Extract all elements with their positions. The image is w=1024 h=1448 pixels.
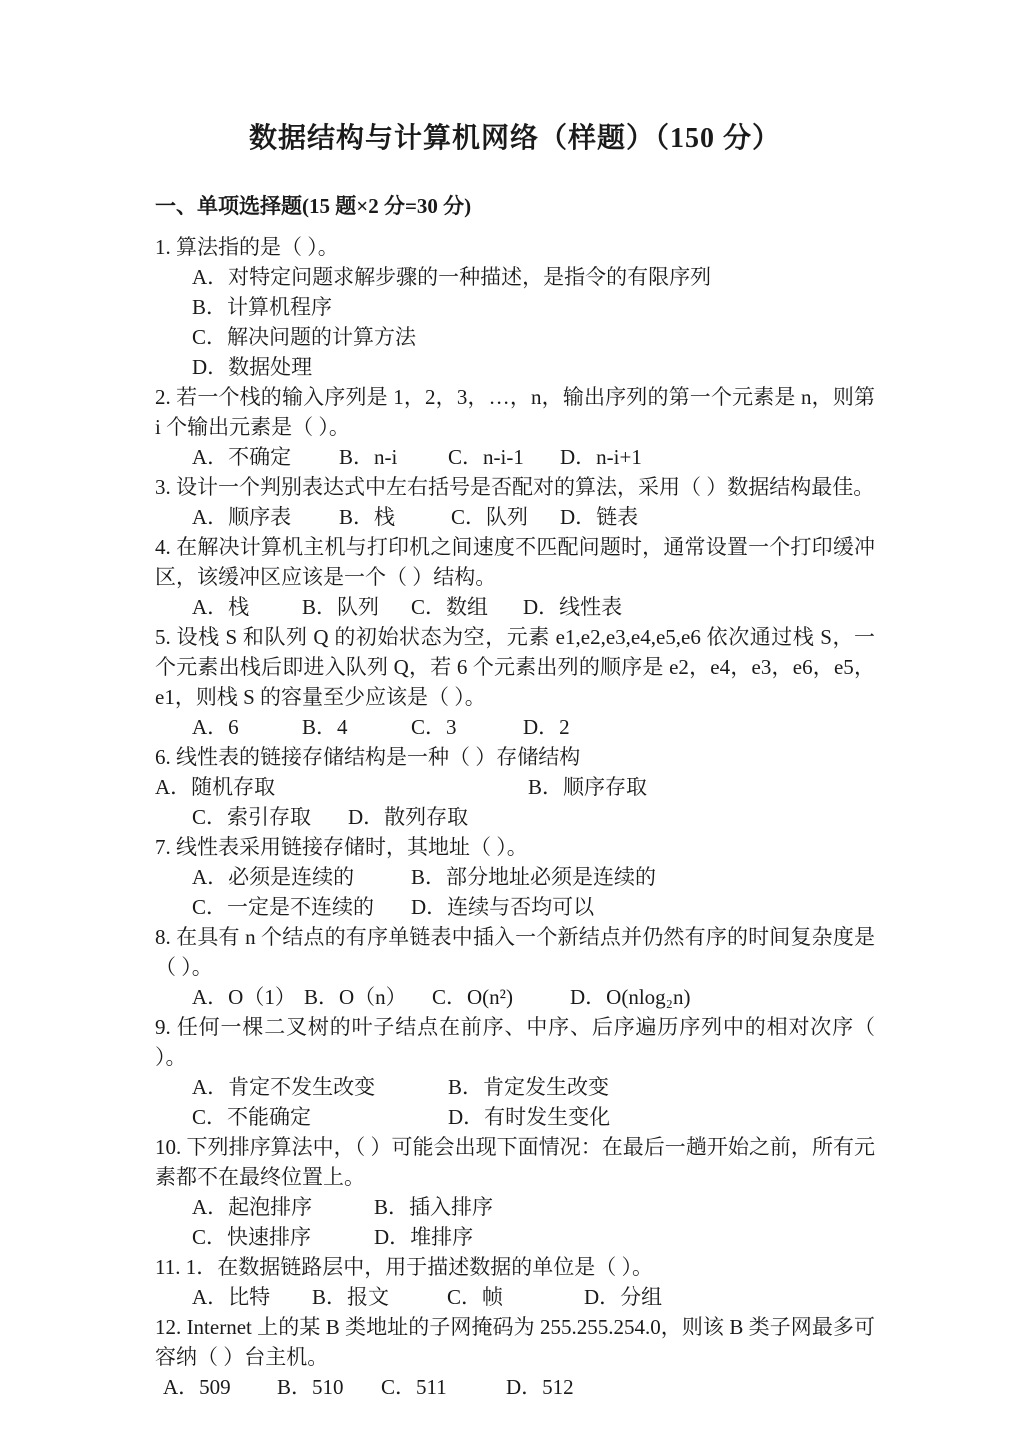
page-title: 数据结构与计算机网络（样题）（150 分）: [155, 118, 875, 160]
question-9-options-cd: C．不能确定D．有时发生变化: [155, 1102, 875, 1132]
question-10-option-a: A．起泡排序: [192, 1192, 374, 1222]
question-7-text: 7. 线性表采用链接存储时，其地址（ ）。: [155, 832, 875, 862]
question-7-option-d: D．连续与否均可以: [411, 892, 594, 922]
question-7-option-c: C．一定是不连续的: [192, 892, 411, 922]
question-4-option-a: A．栈: [192, 592, 302, 622]
question-6-options-ab: A．随机存取B．顺序存取: [155, 772, 875, 802]
question-2-option-b: B．n-i: [339, 442, 448, 472]
question-3-option-c: C．队列: [451, 502, 560, 532]
question-9-options-ab: A．肯定不发生改变B．肯定发生改变: [155, 1072, 875, 1102]
section-heading: 一、单项选择题(15 题×2 分=30 分): [155, 186, 875, 226]
question-10-options-ab: A．起泡排序B．插入排序: [155, 1192, 875, 1222]
question-2-options: A．不确定B．n-iC．n-i-1D．n-i+1: [155, 442, 875, 472]
question-1-option-a: A．对特定问题求解步骤的一种描述，是指令的有限序列: [155, 262, 875, 292]
question-8-option-a: A．O（1）: [192, 982, 304, 1012]
question-1-option-b: B．计算机程序: [155, 292, 875, 322]
question-3-text: 3. 设计一个判别表达式中左右括号是否配对的算法，采用（ ）数据结构最佳。: [155, 472, 875, 502]
question-3-options: A．顺序表B．栈C．队列D．链表: [155, 502, 875, 532]
question-11-option-d: D．分组: [584, 1282, 662, 1312]
question-5-options: A．6B．4C．3D．2: [155, 712, 875, 742]
question-10-options-cd: C．快速排序D．堆排序: [155, 1222, 875, 1252]
question-7-option-a: A．必须是连续的: [192, 862, 411, 892]
question-4-options: A．栈B．队列C．数组D．线性表: [155, 592, 875, 622]
exam-page: 数据结构与计算机网络（样题）（150 分） 一、单项选择题(15 题×2 分=3…: [0, 0, 1024, 1448]
question-2-option-c: C．n-i-1: [448, 442, 560, 472]
question-8-options: A．O（1）B．O（n）C．O(n²)D．O(nlog₂n): [155, 982, 875, 1012]
question-12-option-a: A．509: [163, 1372, 277, 1402]
question-5-option-a: A．6: [192, 712, 302, 742]
question-9-option-a: A．肯定不发生改变: [192, 1072, 448, 1102]
question-12-option-b: B．510: [277, 1372, 381, 1402]
question-12-text: 12. Internet 上的某 B 类地址的子网掩码为 255.255.254…: [155, 1312, 875, 1372]
question-11-option-c: C．帧: [447, 1282, 584, 1312]
question-8-text: 8. 在具有 n 个结点的有序单链表中插入一个新结点并仍然有序的时间复杂度是（ …: [155, 922, 875, 982]
question-2-option-a: A．不确定: [192, 442, 339, 472]
question-1-option-c: C．解决问题的计算方法: [155, 322, 875, 352]
question-11-option-b: B．报文: [312, 1282, 447, 1312]
question-12-options: A．509B．510C．511D．512: [155, 1372, 875, 1402]
question-7-options-ab: A．必须是连续的B．部分地址必须是连续的: [155, 862, 875, 892]
question-8-option-b: B．O（n）: [304, 982, 432, 1012]
question-4-option-d: D．线性表: [523, 592, 622, 622]
question-11-text: 11. 1．在数据链路层中，用于描述数据的单位是（ ）。: [155, 1252, 875, 1282]
question-4-option-c: C．数组: [411, 592, 523, 622]
question-3-option-a: A．顺序表: [192, 502, 339, 532]
question-11-options: A．比特B．报文C．帧D．分组: [155, 1282, 875, 1312]
question-9-option-b: B．肯定发生改变: [448, 1072, 609, 1102]
question-6-option-b: B．顺序存取: [528, 772, 647, 802]
question-10-option-c: C．快速排序: [192, 1222, 374, 1252]
question-5-option-c: C．3: [411, 712, 523, 742]
question-5-option-b: B．4: [302, 712, 411, 742]
question-7-options-cd: C．一定是不连续的D．连续与否均可以: [155, 892, 875, 922]
question-3-option-b: B．栈: [339, 502, 451, 532]
question-9-option-c: C．不能确定: [192, 1102, 448, 1132]
question-6-text: 6. 线性表的链接存储结构是一种（ ）存储结构: [155, 742, 875, 772]
question-9-option-d: D．有时发生变化: [448, 1102, 610, 1132]
exam-content: 数据结构与计算机网络（样题）（150 分） 一、单项选择题(15 题×2 分=3…: [155, 0, 875, 1402]
question-5-option-d: D．2: [523, 712, 570, 742]
question-9-text: 9. 任何一棵二叉树的叶子结点在前序、中序、后序遍历序列中的相对次序（ ）。: [155, 1012, 875, 1072]
question-5-text: 5. 设栈 S 和队列 Q 的初始状态为空，元素 e1,e2,e3,e4,e5,…: [155, 622, 875, 712]
question-6-option-c: C．索引存取: [192, 802, 348, 832]
question-10-option-d: D．堆排序: [374, 1222, 473, 1252]
question-6-option-a: A．随机存取: [155, 772, 528, 802]
question-2-option-d: D．n-i+1: [560, 442, 642, 472]
question-4-option-b: B．队列: [302, 592, 411, 622]
question-1-text: 1. 算法指的是（ ）。: [155, 232, 875, 262]
question-6-option-d: D．散列存取: [348, 802, 468, 832]
question-8-option-d: D．O(nlog₂n): [570, 982, 690, 1012]
question-1-option-d: D．数据处理: [155, 352, 875, 382]
question-12-option-c: C．511: [381, 1372, 506, 1402]
question-6-options-cd: C．索引存取D．散列存取: [155, 802, 875, 832]
question-2-text: 2. 若一个栈的输入序列是 1，2，3，…，n，输出序列的第一个元素是 n，则第…: [155, 382, 875, 442]
question-4-text: 4. 在解决计算机主机与打印机之间速度不匹配问题时，通常设置一个打印缓冲区，该缓…: [155, 532, 875, 592]
question-10-text: 10. 下列排序算法中，（ ）可能会出现下面情况：在最后一趟开始之前，所有元素都…: [155, 1132, 875, 1192]
question-11-option-a: A．比特: [192, 1282, 312, 1312]
question-8-option-c: C．O(n²): [432, 982, 570, 1012]
question-10-option-b: B．插入排序: [374, 1192, 493, 1222]
question-12-option-d: D．512: [506, 1372, 574, 1402]
question-7-option-b: B．部分地址必须是连续的: [411, 862, 656, 892]
question-3-option-d: D．链表: [560, 502, 638, 532]
